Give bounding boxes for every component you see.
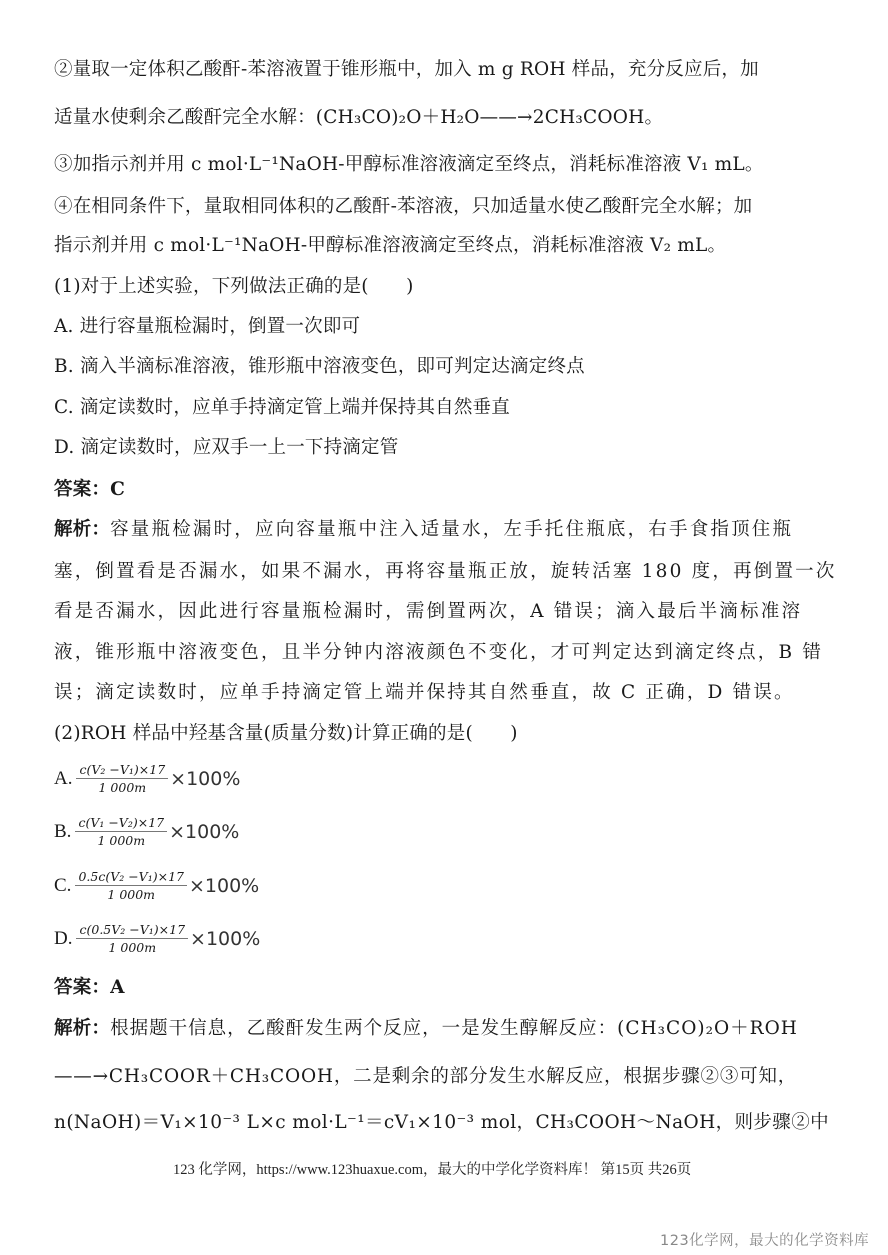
- formula-fraction: 0.5c(V₂ −V₁)×171 000m: [75, 869, 187, 902]
- answer-value: C: [110, 479, 125, 500]
- formula-fraction: c(V₂ −V₁)×171 000m: [76, 762, 168, 795]
- question-1-option-a: A. 进行容量瓶检漏时，倒置一次即可: [54, 315, 834, 339]
- question-1-analysis-line-2: 塞，倒置看是否漏水，如果不漏水，再将容量瓶正放，旋转活塞 180 度，再倒置一次: [54, 560, 834, 584]
- step-2-line-2: 适量水使剩余乙酸酐完全水解：(CH₃CO)₂O＋H₂O——→2CH₃COOH。: [54, 106, 834, 130]
- formula-fraction: c(V₁ −V₂)×171 000m: [75, 815, 167, 848]
- answer-label: 答案：: [54, 479, 110, 500]
- question-2-option-a: A. c(V₂ −V₁)×171 000m ×100%: [54, 762, 240, 795]
- watermark: 123化学网，最大的化学资料库: [660, 1229, 869, 1250]
- question-1-option-d: D. 滴定读数时，应双手一上一下持滴定管: [54, 436, 834, 460]
- step-4-line-1: ④在相同条件下，量取相同体积的乙酸酐-苯溶液，只加适量水使乙酸酐完全水解；加: [54, 195, 834, 219]
- analysis-label: 解析：: [54, 1018, 110, 1039]
- question-2-option-d: D. c(0.5V₂ −V₁)×171 000m ×100%: [54, 922, 260, 955]
- question-1-analysis-line-4: 液，锥形瓶中溶液变色，且半分钟内溶液颜色不变化，才可判定达到滴定终点，B 错: [54, 641, 834, 665]
- question-1-analysis-line-3: 看是否漏水，因此进行容量瓶检漏时，需倒置两次，A 错误；滴入最后半滴标准溶: [54, 600, 834, 624]
- answer-value: A: [110, 977, 125, 998]
- question-2-analysis-line-1: 解析：根据题干信息，乙酸酐发生两个反应，一是发生醇解反应：(CH₃CO)₂O＋R…: [54, 1017, 834, 1041]
- analysis-label: 解析：: [54, 519, 110, 540]
- question-1-analysis-line-5: 误；滴定读数时，应单手持滴定管上端并保持其自然垂直，故 C 正确，D 错误。: [54, 681, 834, 705]
- question-2-stem: (2)ROH 样品中羟基含量(质量分数)计算正确的是( ): [54, 722, 834, 746]
- step-3: ③加指示剂并用 c mol·L⁻¹NaOH-甲醇标准溶液滴定至终点，消耗标准溶液…: [54, 153, 834, 177]
- step-2-line-1: ②量取一定体积乙酸酐-苯溶液置于锥形瓶中，加入 m g ROH 样品，充分反应后…: [54, 58, 834, 82]
- question-1-analysis-line-1: 解析：容量瓶检漏时，应向容量瓶中注入适量水，左手托住瓶底，右手食指顶住瓶: [54, 518, 834, 542]
- question-2-option-c: C. 0.5c(V₂ −V₁)×171 000m ×100%: [54, 869, 259, 902]
- question-1-stem: (1)对于上述实验，下列做法正确的是( ): [54, 275, 834, 299]
- question-2-analysis-line-2: ——→CH₃COOR＋CH₃COOH，二是剩余的部分发生水解反应，根据步骤②③可…: [54, 1065, 834, 1089]
- question-2-answer: 答案：A: [54, 976, 834, 1000]
- question-1-option-c: C. 滴定读数时，应单手持滴定管上端并保持其自然垂直: [54, 396, 834, 420]
- question-1-option-b: B. 滴入半滴标准溶液，锥形瓶中溶液变色，即可判定达滴定终点: [54, 355, 834, 379]
- formula-fraction: c(0.5V₂ −V₁)×171 000m: [76, 922, 188, 955]
- document-page: ②量取一定体积乙酸酐-苯溶液置于锥形瓶中，加入 m g ROH 样品，充分反应后…: [0, 0, 888, 1255]
- question-2-option-b: B. c(V₁ −V₂)×171 000m ×100%: [54, 815, 239, 848]
- answer-label: 答案：: [54, 977, 110, 998]
- page-footer: 123 化学网，https://www.123huaxue.com，最大的中学化…: [173, 1158, 691, 1179]
- question-2-analysis-line-3: n(NaOH)＝V₁×10⁻³ L×c mol·L⁻¹＝cV₁×10⁻³ mol…: [54, 1111, 834, 1135]
- step-4-line-2: 指示剂并用 c mol·L⁻¹NaOH-甲醇标准溶液滴定至终点，消耗标准溶液 V…: [54, 234, 834, 258]
- question-1-answer: 答案：C: [54, 478, 834, 502]
